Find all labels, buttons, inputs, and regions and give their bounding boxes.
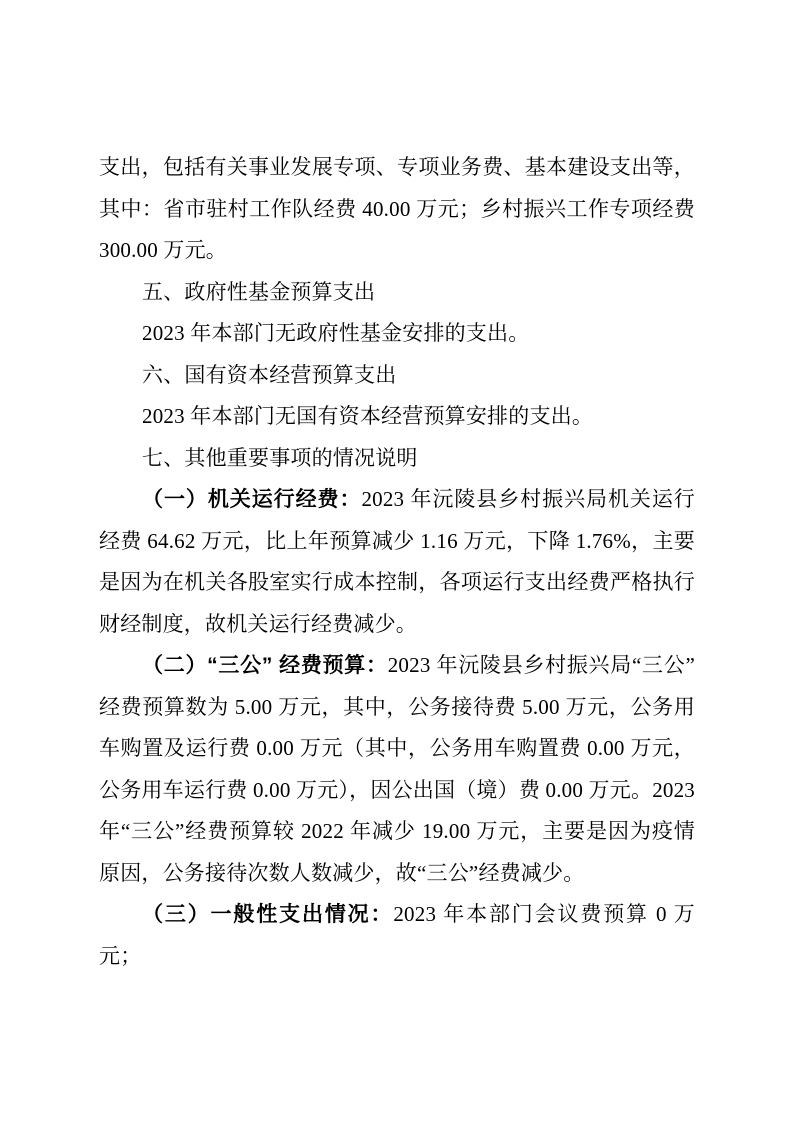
- paragraph-three-public-expense: （二）“三公” 经费预算：2023 年沅陵县乡村振兴局“三公” 经费预算数为 5…: [99, 645, 695, 894]
- paragraph-three-public-expense-lead: （二）“三公” 经费预算：: [142, 654, 388, 677]
- paragraph-state-capital-budget: 2023 年本部门无国有资本经营预算安排的支出。: [99, 396, 695, 438]
- paragraph-government-fund-budget: 2023 年本部门无政府性基金安排的支出。: [99, 313, 695, 355]
- document-content: 支出，包括有关事业发展专项、专项业务费、基本建设支出等，其中：省市驻村工作队经费…: [99, 147, 695, 977]
- section-heading-state-capital-budget: 六、国有资本经营预算支出: [99, 355, 695, 397]
- paragraph-agency-operating-expense-lead: （一）机关运行经费：: [142, 488, 361, 511]
- paragraph-general-expense: （三）一般性支出情况：2023 年本部门会议费预算 0 万元；: [99, 894, 695, 977]
- section-heading-government-fund-budget: 五、政府性基金预算支出: [99, 272, 695, 314]
- paragraph-agency-operating-expense: （一）机关运行经费：2023 年沅陵县乡村振兴局机关运行经费 64.62 万元，…: [99, 479, 695, 645]
- document-page: 支出，包括有关事业发展专项、专项业务费、基本建设支出等，其中：省市驻村工作队经费…: [0, 0, 793, 1122]
- paragraph-general-expense-lead: （三）一般性支出情况：: [142, 903, 393, 926]
- paragraph-continuation: 支出，包括有关事业发展专项、专项业务费、基本建设支出等，其中：省市驻村工作队经费…: [99, 147, 695, 272]
- section-heading-other-important-matters: 七、其他重要事项的情况说明: [99, 438, 695, 480]
- paragraph-three-public-expense-text: 2023 年沅陵县乡村振兴局“三公” 经费预算数为 5.00 万元，其中，公务接…: [99, 653, 695, 885]
